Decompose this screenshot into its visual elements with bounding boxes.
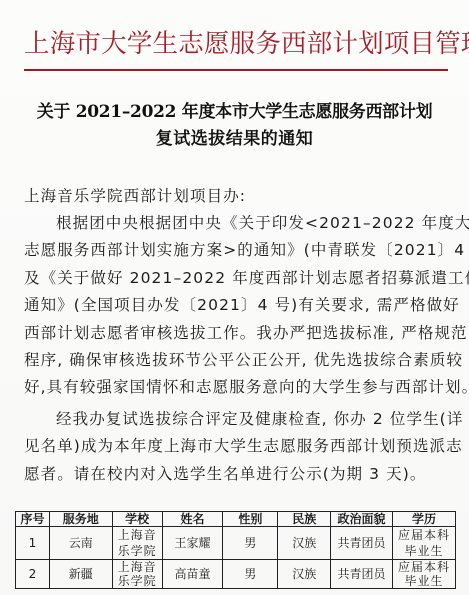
cell-school-text: 上海音乐学院 <box>117 560 157 588</box>
header-gender: 性别 <box>223 512 278 527</box>
document-page: 上海市大学生志愿服务西部计划项目管理办公室 关于 2021–2022 年度本市大… <box>0 0 469 595</box>
paragraph-line: 经我办复试选拔综合评定及健康检查, 你办 2 位学生(详 <box>24 406 449 433</box>
cell-name: 王家耀 <box>162 527 223 560</box>
header-school: 学校 <box>112 512 162 527</box>
header-no: 序号 <box>16 512 50 527</box>
cell-ethnicity: 汉族 <box>278 560 331 589</box>
cell-education-text: 应届本科毕业生 <box>396 560 452 588</box>
notice-title-line-2: 复试选拔结果的通知 <box>0 126 469 152</box>
paragraph-line: 通知》(全国项目办发〔2021〕4 号)有关要求, 需严格做好 <box>24 292 449 319</box>
table-row: 1 云南 上海音乐学院 王家耀 男 汉族 共青团员 应届本科毕业生 <box>16 527 456 560</box>
paragraph-line: 愿者。请在校内对入选学生名单进行公示(为期 3 天)。 <box>24 461 449 488</box>
cell-gender: 男 <box>223 560 278 589</box>
organization-letterhead: 上海市大学生志愿服务西部计划项目管理办公室 <box>24 27 448 61</box>
cell-service-place: 新疆 <box>49 560 112 589</box>
paragraph-line: 西部计划志愿者审核选拔工作。我办严把选拔标准, 严格规范 <box>24 320 449 347</box>
cell-school: 上海音乐学院 <box>112 560 162 589</box>
selected-students-table: 序号 服务地 学校 姓名 性别 民族 政治面貌 学历 1 云南 上海音乐学院 王… <box>15 511 456 589</box>
paragraph-line: 根据团中央根据团中央《关于印发<2021–2022 年度大学生 <box>24 210 449 237</box>
paragraph-line: 志愿服务西部计划实施方案>的通知》(中青联发〔2021〕4 号) <box>24 237 449 264</box>
addressee: 上海音乐学院西部计划项目办: <box>24 183 449 210</box>
cell-political-status: 共青团员 <box>331 560 393 589</box>
header-name: 姓名 <box>162 512 223 527</box>
paragraph-1: 根据团中央根据团中央《关于印发<2021–2022 年度大学生 志愿服务西部计划… <box>24 210 449 402</box>
paragraph-line: 及《关于做好 2021–2022 年度西部计划志愿者招募派遣工作的 <box>24 265 449 292</box>
cell-service-place: 云南 <box>49 527 112 560</box>
cell-school-text: 上海音乐学院 <box>117 527 157 559</box>
header-political-status: 政治面貌 <box>331 512 393 527</box>
header-service-place: 服务地 <box>49 512 112 527</box>
header-education: 学历 <box>392 512 455 527</box>
cell-name: 高苗童 <box>162 560 223 589</box>
table-header-row: 序号 服务地 学校 姓名 性别 民族 政治面貌 学历 <box>16 512 456 527</box>
letterhead-red-rule <box>24 69 448 71</box>
header-ethnicity: 民族 <box>278 512 331 527</box>
cell-political-status: 共青团员 <box>331 527 393 560</box>
cell-no: 2 <box>16 560 50 589</box>
cell-education-text: 应届本科毕业生 <box>396 527 452 559</box>
paragraph-2: 经我办复试选拔综合评定及健康检查, 你办 2 位学生(详 见名单)成为本年度上海… <box>24 406 449 488</box>
table-row: 2 新疆 上海音乐学院 高苗童 男 汉族 共青团员 应届本科毕业生 <box>16 560 456 589</box>
cell-education: 应届本科毕业生 <box>392 527 455 560</box>
cell-ethnicity: 汉族 <box>278 527 331 560</box>
cell-no: 1 <box>16 527 50 560</box>
cell-education: 应届本科毕业生 <box>392 560 455 589</box>
paragraph-line: 好,具有较强家国情怀和志愿服务意向的大学生参与西部计划。 <box>24 374 449 401</box>
paragraph-line: 程序, 确保审核选拔环节公平公正公开, 优先选拔综合素质较 <box>24 347 449 374</box>
notice-title-line-1: 关于 2021–2022 年度本市大学生志愿服务西部计划 <box>0 99 469 125</box>
paragraph-line: 见名单)成为本年度上海市大学生志愿服务西部计划预选派志 <box>24 433 449 460</box>
cell-school: 上海音乐学院 <box>112 527 162 560</box>
cell-gender: 男 <box>223 527 278 560</box>
